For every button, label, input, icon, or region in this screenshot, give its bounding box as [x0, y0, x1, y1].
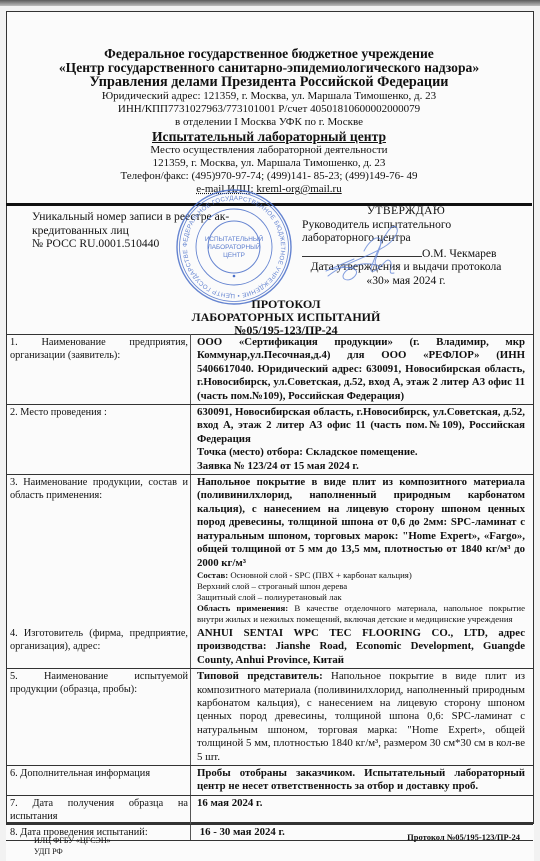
protocol-title: ПРОТОКОЛ ЛАБОРАТОРНЫХ ИСПЫТАНИЙ №05/195-… [96, 298, 476, 337]
product-name: Напольное покрытие в виде плит из композ… [197, 476, 525, 570]
footer-org-line1: ИЛЦ ФГБУ «ЦГСЭН» [34, 835, 111, 846]
table-row: 4. Изготовитель (фирма, предприятие, орг… [6, 626, 533, 669]
handwritten-signature-icon [324, 221, 414, 291]
row-value: Типовой представитель: Напольное покрыти… [191, 669, 534, 766]
row-label: 7. Дата получения образца на испытания [6, 795, 191, 824]
row-label: 6. Дополнительная информация [6, 765, 191, 795]
stamp-center-line1: ИСПЫТАТЕЛЬНЫЙ [205, 234, 264, 243]
table-row: 3. Наименование продукции, состав и обла… [6, 475, 533, 626]
composition-top-layer: Верхний слой – строганый шпон дерева [197, 581, 525, 592]
approval-heading: УТВЕРЖДАЮ [286, 204, 526, 218]
bank-branch: в отделении I Москва УФК по г. Москве [6, 116, 532, 129]
row-value: ООО «Сертификация продукции» (г. Владими… [191, 335, 534, 405]
row-value: ANHUI SENTAI WPC TEC FLOORING CO., LTD, … [191, 626, 534, 669]
lab-place-label: Место осуществления лабораторной деятель… [6, 144, 532, 157]
composition-protective-layer: Защитный слой – полиуретановый лак [197, 592, 525, 603]
footer-protocol-number: Протокол №05/195-123/ПР-24 [407, 832, 520, 842]
protocol-page: Федеральное государственное бюджетное уч… [6, 11, 534, 861]
lab-address: 121359, г. Москва, ул. Маршала Тимошенко… [6, 157, 532, 170]
scan-top-edge [0, 0, 540, 6]
row-label: 5. Наименование испытуемой продукции (об… [6, 669, 191, 766]
organization-header: Федеральное государственное бюджетное уч… [6, 47, 532, 196]
stamp-center-line2: ЛАБОРАТОРНЫЙ [208, 242, 261, 251]
application-number: Заявка № 123/24 от 15 мая 2024 г. [197, 460, 525, 473]
scope-label: Область применения: [197, 603, 288, 613]
footer-org-line2: УДП РФ [34, 846, 111, 857]
row-value: Пробы отобраны заказчиком. Испытательный… [191, 765, 534, 795]
lab-stamp-icon: ФЕДЕРАЛЬНОЕ ГОСУДАРСТВЕННОЕ БЮДЖЕТНОЕ УЧ… [174, 187, 294, 307]
org-name-line3: Управления делами Президента Российской … [6, 75, 532, 90]
composition-label: Состав: [197, 570, 228, 580]
row-value: 16 мая 2024 г. [191, 795, 534, 824]
table-row: 5. Наименование испытуемой продукции (об… [6, 669, 533, 766]
row-label: 4. Изготовитель (фирма, предприятие, орг… [6, 626, 191, 669]
composition: Состав: Основной слой - SPC (ПВХ + карбо… [197, 570, 525, 581]
protocol-table: 1. Наименование предприятия, организации… [6, 334, 533, 841]
test-location: 630091, Новосибирская область, г.Новосиб… [197, 406, 525, 446]
phones: Телефон/факс: (495)970-97-74; (499)141- … [6, 170, 532, 183]
org-name-line2: «Центр государственного санитарно-эпидем… [6, 61, 532, 75]
legal-address: Юридический адрес: 121359, г. Москва, ул… [6, 90, 532, 103]
typical-representative-label: Типовой представитель: [197, 670, 323, 682]
table-row: 2. Место проведения : 630091, Новосибирс… [6, 405, 533, 475]
scope: Область применения: В качестве отделочно… [197, 603, 525, 625]
row-value: Напольное покрытие в виде плит из композ… [191, 475, 534, 626]
signer-name: О.М. Чекмарев [422, 247, 497, 260]
stamp-center-line3: ЦЕНТР [223, 252, 245, 259]
table-row: 6. Дополнительная информация Пробы отобр… [6, 765, 533, 795]
lab-title: Испытательный лабораторный центр [6, 129, 532, 144]
row-value: 630091, Новосибирская область, г.Новосиб… [191, 405, 534, 475]
table-row: 1. Наименование предприятия, организации… [6, 335, 533, 405]
table-row: 7. Дата получения образца на испытания 1… [6, 795, 533, 824]
row-label: 2. Место проведения : [6, 405, 191, 475]
footer-org: ИЛЦ ФГБУ «ЦГСЭН» УДП РФ [34, 835, 111, 857]
row-label: 1. Наименование предприятия, организации… [6, 335, 191, 405]
sampling-point: Точка (место) отбора: Складское помещени… [197, 446, 525, 459]
row-label: 3. Наименование продукции, состав и обла… [6, 475, 191, 626]
inn-account: ИНН/КПП7731027963/773101001 Р/счет 40501… [6, 103, 532, 116]
org-name-line1: Федеральное государственное бюджетное уч… [6, 47, 532, 61]
